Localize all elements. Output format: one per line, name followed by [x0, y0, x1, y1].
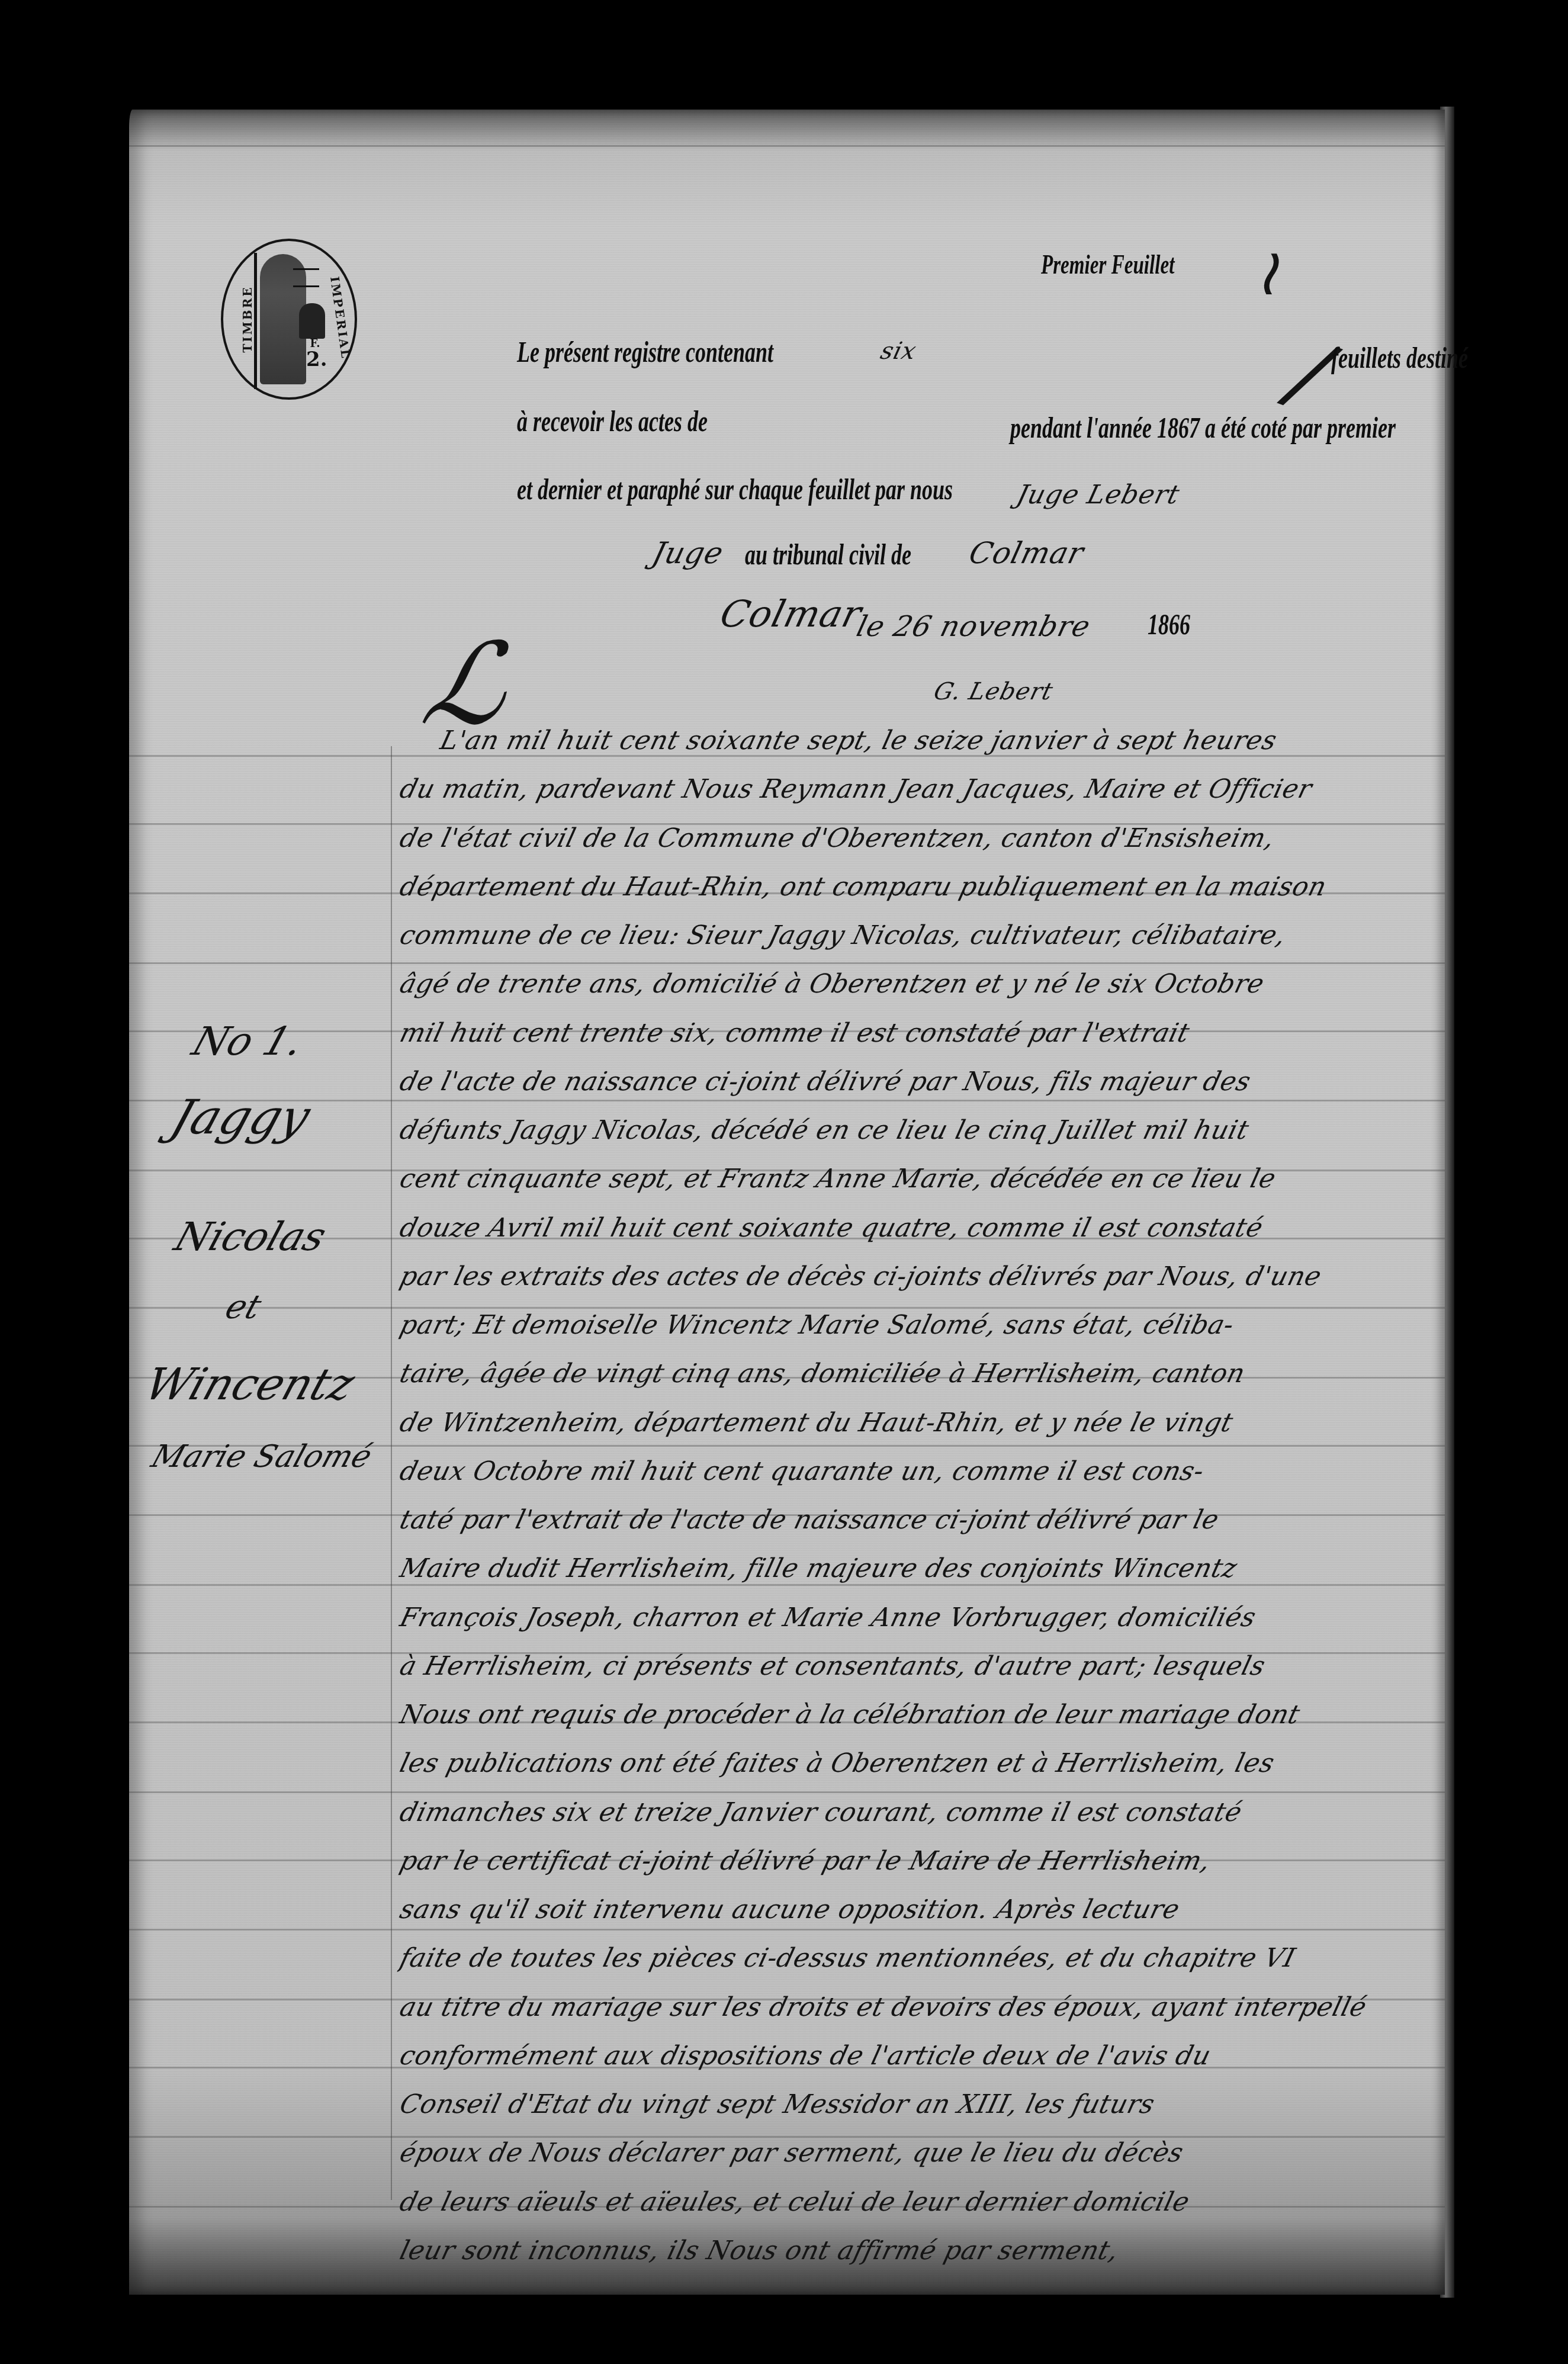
- body-line: conformément aux dispositions de l'artic…: [397, 2041, 1435, 2071]
- printed-line-5: et dernier et paraphé sur chaque feuille…: [517, 472, 953, 506]
- stamp-text-left: TIMBRE: [240, 285, 255, 352]
- bride-given-name: Marie Salomé: [147, 1439, 376, 1475]
- ruled-line: [129, 1307, 1445, 1309]
- ruled-line: [129, 1929, 1445, 1931]
- body-line: âgé de trente ans, domicilié à Oberentze…: [397, 969, 1435, 999]
- body-line: défunts Jaggy Nicolas, décédé en ce lieu…: [397, 1115, 1435, 1145]
- stamp-staff-icon: [254, 253, 257, 389]
- body-line: par les extraits des actes de décès ci-j…: [397, 1261, 1435, 1292]
- body-line: L'an mil huit cent soixante sept, le sei…: [437, 725, 1475, 756]
- scales-icon: [293, 268, 319, 287]
- body-line: les publications ont été faites à Oberen…: [397, 1748, 1435, 1778]
- body-line: faite de toutes les pièces ci-dessus men…: [397, 1943, 1435, 1973]
- body-line: par le certificat ci-joint délivré par l…: [397, 1846, 1435, 1876]
- body-line: taire, âgée de vingt cinq ans, domicilié…: [397, 1358, 1435, 1389]
- register-page: F. 2. TIMBRE IMPERIAL Premier Feuillet ≀…: [129, 110, 1445, 2295]
- body-line: à Herrlisheim, ci présents et consentant…: [397, 1651, 1435, 1681]
- margin-rule: [391, 746, 392, 2200]
- body-line: de l'état civil de la Commune d'Oberentz…: [397, 823, 1435, 853]
- ruled-line: [129, 145, 1445, 147]
- ruled-line: [129, 1584, 1445, 1586]
- ruled-line: [129, 1791, 1445, 1793]
- timbre-imperial-stamp: F. 2. TIMBRE IMPERIAL: [221, 239, 357, 400]
- body-line: de l'acte de naissance ci-joint délivré …: [397, 1067, 1435, 1097]
- eagle-icon: [299, 303, 325, 339]
- body-line: époux de Nous déclarer par serment, que …: [397, 2138, 1435, 2168]
- body-line: département du Haut-Rhin, ont comparu pu…: [397, 872, 1435, 902]
- dateline-signature: G. Lebert: [931, 678, 1056, 705]
- judge-title-fill: Juge: [649, 536, 727, 570]
- groom-surname: Jaggy: [165, 1090, 317, 1145]
- body-line: mil huit cent trente six, comme il est c…: [397, 1018, 1435, 1048]
- body-line: douze Avril mil huit cent soixante quatr…: [397, 1213, 1435, 1243]
- tribunal-city-fill: Colmar: [966, 536, 1088, 570]
- body-line: François Joseph, charron et Marie Anne V…: [397, 1602, 1435, 1633]
- printed-line-4: pendant l'année 1867 a été coté par prem…: [1010, 410, 1396, 445]
- body-line: commune de ce lieu: Sieur Jaggy Nicolas,…: [397, 920, 1435, 950]
- body-line: cent cinquante sept, et Frantz Anne Mari…: [397, 1164, 1435, 1194]
- body-line: du matin, pardevant Nous Reymann Jean Ja…: [397, 774, 1435, 804]
- printed-line-3: à recevoir les actes de: [517, 404, 708, 438]
- printed-line-1: Le présent registre contenant: [517, 335, 773, 369]
- stamp-text-right: IMPERIAL: [327, 275, 353, 360]
- body-line: Maire dudit Herrlisheim, fille majeure d…: [397, 1553, 1435, 1584]
- body-line: part; Et demoiselle Wincentz Marie Salom…: [397, 1310, 1435, 1340]
- dateline-date: le 26 novembre: [853, 610, 1094, 643]
- dateline-year: 1866: [1148, 607, 1190, 641]
- dateline-place: Colmar: [716, 592, 866, 635]
- body-line: Nous ont requis de procéder à la célébra…: [397, 1700, 1435, 1730]
- body-line: de leurs aïeuls et aïeules, et celui de …: [397, 2187, 1435, 2217]
- ruled-line: [129, 1100, 1445, 1101]
- body-line: taté par l'extrait de l'acte de naissanc…: [397, 1505, 1435, 1535]
- act-number: No 1.: [187, 1019, 309, 1064]
- bride-surname: Wincentz: [139, 1359, 361, 1410]
- printed-line-6: au tribunal civil de: [745, 537, 911, 571]
- paraph-flourish: ≀: [1254, 234, 1278, 310]
- groom-given-name: Nicolas: [169, 1214, 332, 1260]
- body-line: sans qu'il soit intervenu aucune opposit…: [397, 1894, 1435, 1925]
- body-line: deux Octobre mil huit cent quarante un, …: [397, 1456, 1435, 1486]
- judge-name-fill: Juge Lebert: [1014, 480, 1183, 510]
- body-line: leur sont inconnus, ils Nous ont affirmé…: [397, 2235, 1435, 2266]
- stamp-value: F. 2.: [306, 339, 324, 370]
- body-line: au titre du mariage sur les droits et de…: [397, 1992, 1435, 2022]
- body-line: de Wintzenheim, département du Haut-Rhin…: [397, 1408, 1435, 1438]
- sheet-count-fill: six: [878, 338, 919, 365]
- body-line: Conseil d'Etat du vingt sept Messidor an…: [397, 2089, 1435, 2119]
- body-line: dimanches six et treize Janvier courant,…: [397, 1797, 1435, 1827]
- ruled-line: [129, 962, 1445, 964]
- printed-line-2: feuillets destiné: [1331, 341, 1468, 375]
- margin-conjunction: et: [220, 1288, 266, 1326]
- sheet-label: Premier Feuillet: [1041, 249, 1174, 280]
